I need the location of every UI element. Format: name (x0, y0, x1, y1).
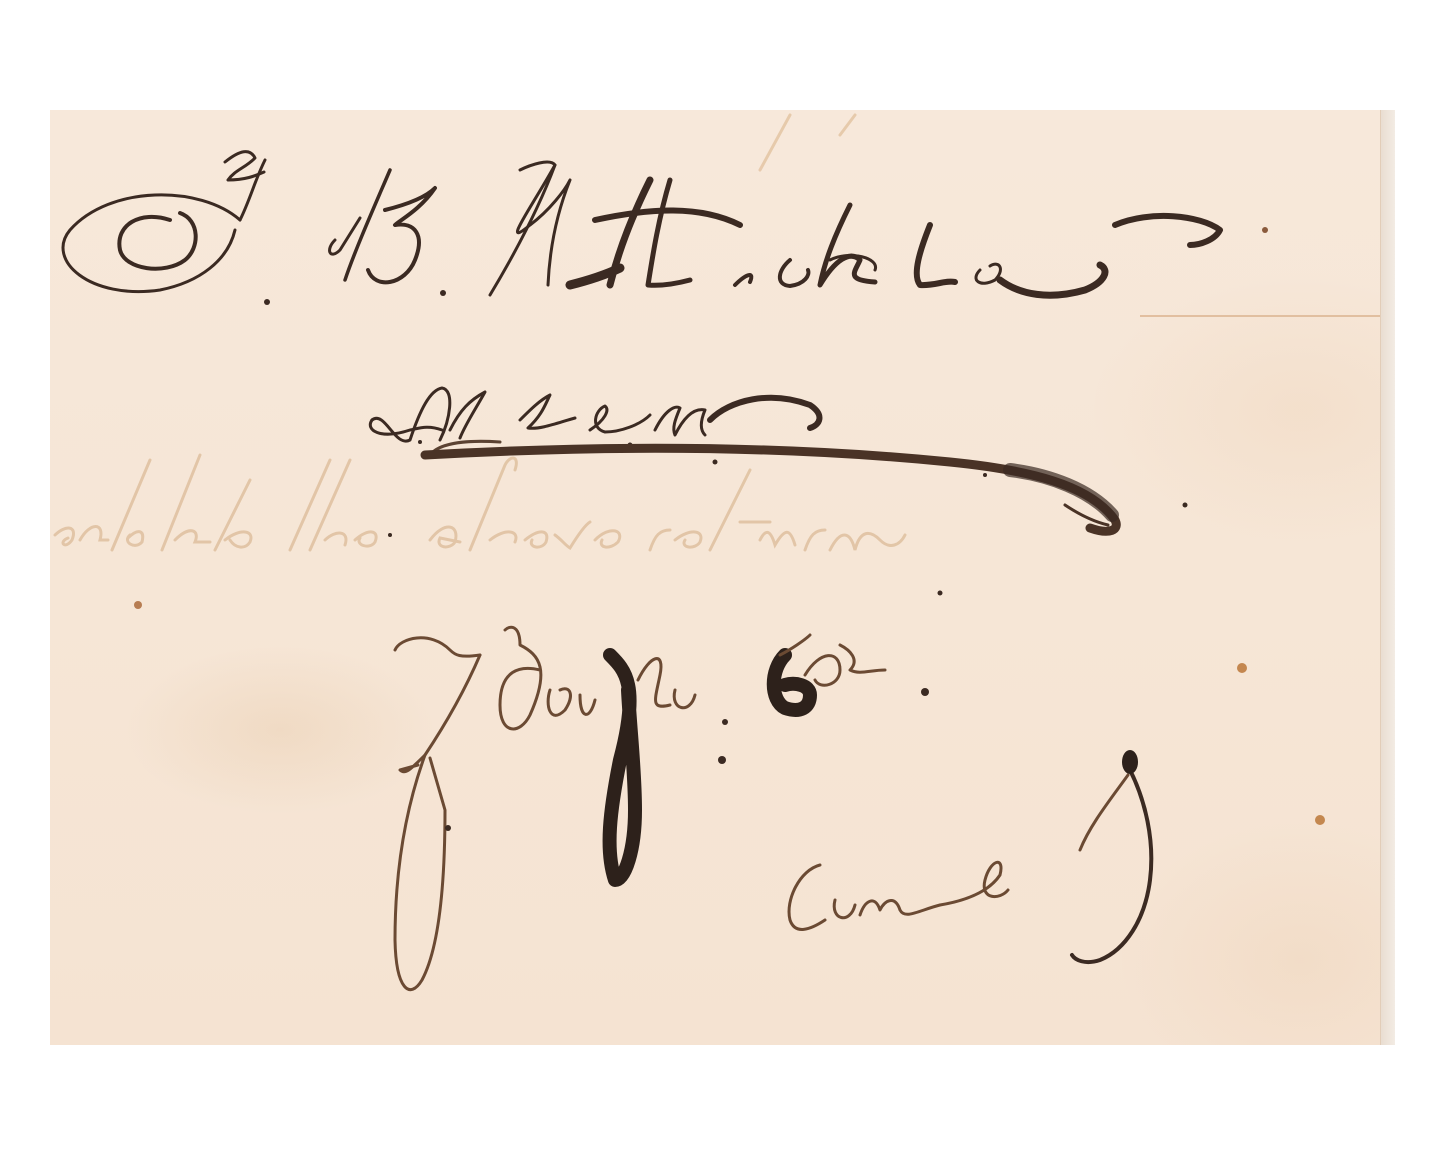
signature-2-name (395, 627, 929, 989)
signature-1-name (63, 152, 1268, 305)
signature-1-underline (425, 441, 1116, 531)
faded-printed-line (55, 455, 905, 550)
ink-specks (134, 473, 1325, 825)
signature-2-title (789, 750, 1151, 962)
document-paper: J. B. W. Stockton Sur. v. a. D. M. cable… (50, 110, 1395, 1045)
faint-top-strokes (760, 115, 855, 170)
handwriting-layer (50, 110, 1395, 1045)
